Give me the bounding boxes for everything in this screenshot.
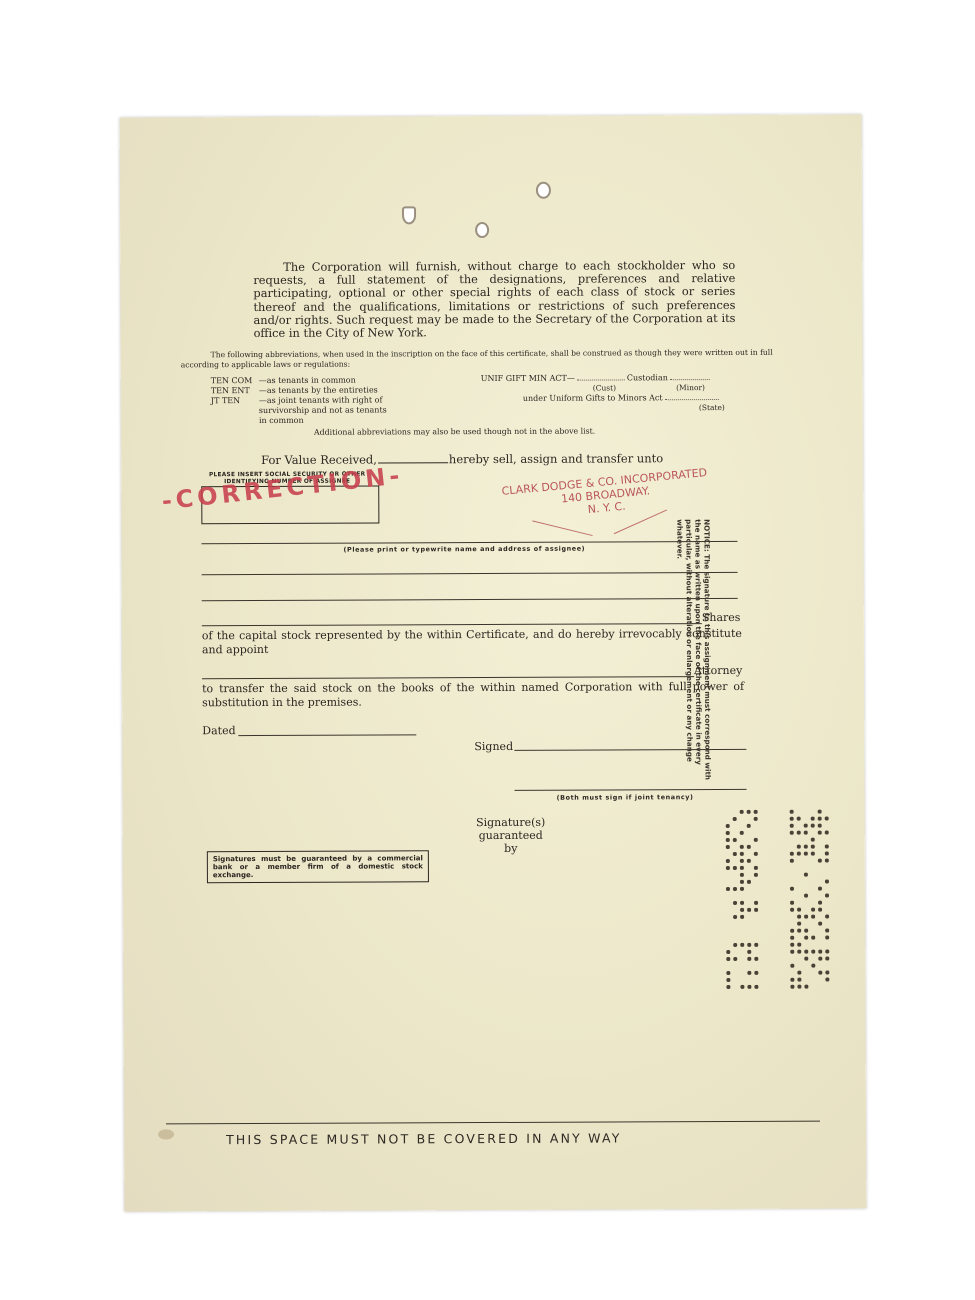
joint-tenancy-caption: (Both must sign if joint tenancy) [557, 793, 694, 802]
intro-paragraph: The Corporation will furnish, without ch… [253, 259, 735, 340]
broker-stamp: CLARK DODGE & CO. INCORPORATED 140 BROAD… [489, 465, 722, 525]
additional-abbreviations-note: Additional abbreviations may also be use… [314, 427, 595, 437]
abbreviation-item: JT TEN—as joint tenants with right of su… [211, 395, 389, 426]
punch-hole [475, 222, 489, 238]
dated-label: Dated [202, 724, 235, 738]
assignee-caption: (Please print or typewrite name and addr… [343, 545, 585, 554]
signature-notice: NOTICE: The signature to this assignment… [675, 519, 712, 789]
footer-warning: THIS SPACE MUST NOT BE COVERED IN ANY WA… [226, 1130, 622, 1147]
signature-guaranteed-label: Signature(s) guaranteed by [473, 816, 549, 855]
unif-gift-min-act: UNIF GIFT MIN ACT—Custodian (Cust)(Minor… [481, 373, 741, 414]
abbreviations-intro: The following abbreviations, when used i… [181, 348, 781, 371]
shares-line[interactable] [202, 623, 702, 626]
perforation-marks [718, 810, 834, 996]
transfer-text: to transfer the said stock on the books … [202, 680, 744, 710]
guarantee-notice-box: Signatures must be guaranteed by a comme… [207, 850, 429, 883]
assignee-line-3[interactable] [202, 598, 738, 601]
stamp-stroke [532, 520, 592, 536]
capital-stock-text: of the capital stock represented by the … [202, 627, 742, 657]
footer-rule [166, 1121, 820, 1125]
assignee-line[interactable] [201, 541, 737, 544]
stamp-stroke [614, 509, 667, 534]
signature-line-2[interactable] [515, 789, 747, 791]
punch-hole [402, 206, 416, 224]
punch-hole [536, 182, 551, 199]
certificate-back: The Corporation will furnish, without ch… [120, 114, 867, 1211]
abbreviations-list: TEN COM—as tenants in common TEN ENT—as … [211, 375, 389, 426]
stain [158, 1129, 174, 1139]
assignee-line-2[interactable] [202, 572, 738, 575]
attorney-line[interactable] [202, 676, 694, 679]
for-value-received: For Value Received,hereby sell, assign a… [261, 451, 663, 467]
dated-line[interactable] [238, 734, 416, 736]
signed-label: Signed [474, 740, 513, 754]
